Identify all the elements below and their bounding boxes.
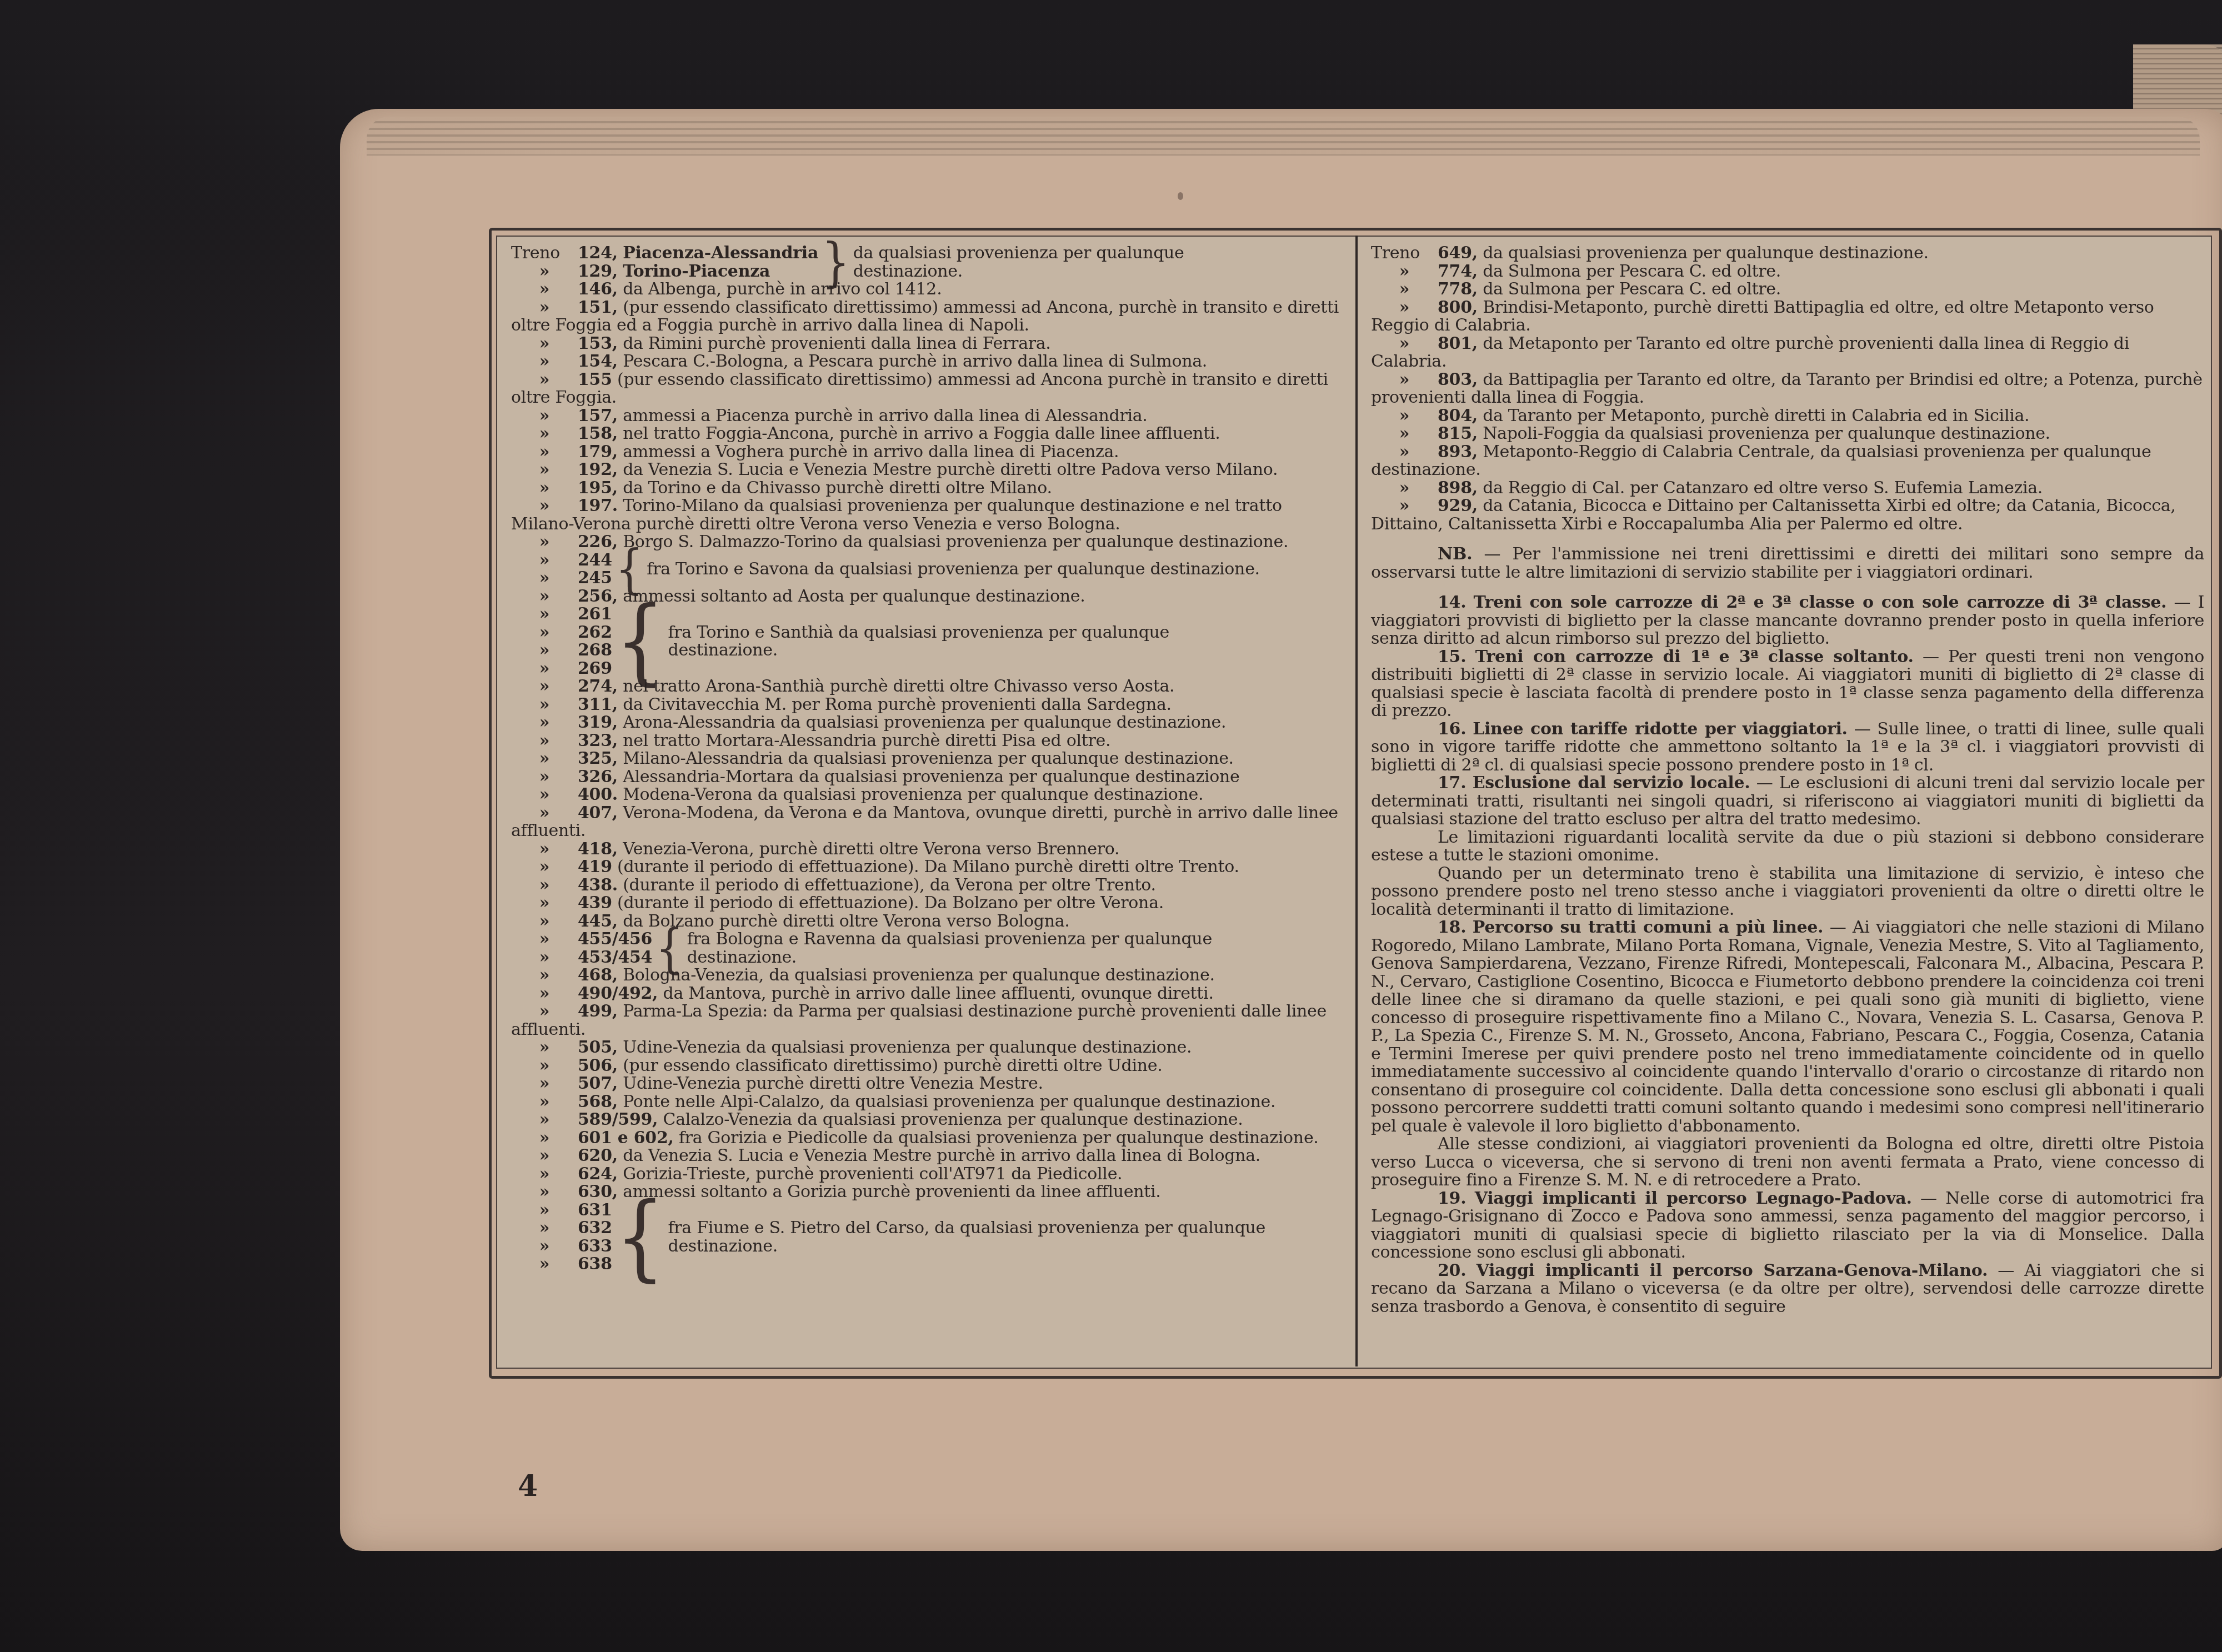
entry-text: fra Bologna e Ravenna da qualsiasi prove… [687, 930, 1298, 967]
train-number: 158, [578, 424, 618, 443]
train-entry: »319, Arona-Alessandria da qualsiasi pro… [511, 714, 1344, 732]
train-number: 800, [1438, 298, 1478, 317]
ditto-mark: » [511, 353, 578, 371]
entry-text: da qualsiasi provenienza per qualunque d… [1483, 243, 1929, 263]
ditto-mark: » [511, 425, 578, 443]
entry-text: (pur essendo classificato direttissimo) … [511, 298, 1339, 336]
entry-text: da Mantova, purchè in arrivo dalle linee… [663, 984, 1214, 1003]
train-entry: Treno649, da qualsiasi provenienza per q… [1371, 244, 2204, 263]
train-number: 505, [578, 1038, 618, 1057]
train-number: 146, [578, 279, 618, 299]
brace: { [615, 622, 665, 662]
entry-text: (durante il periodo di effettuazione). D… [617, 893, 1164, 913]
ditto-mark: » [511, 1183, 578, 1202]
train-number: 893, [1438, 442, 1478, 462]
ditto-mark: » [511, 624, 578, 642]
train-number: 630, [578, 1182, 618, 1202]
ditto-mark: » [1371, 425, 1438, 443]
ditto-mark: » [511, 804, 578, 823]
train-entry: »418, Venezia-Verona, purchè diretti olt… [511, 840, 1344, 859]
ditto-mark: » [1371, 335, 1438, 353]
ditto-mark: » [511, 371, 578, 389]
entry-text: Gorizia-Trieste, purchè provenienti coll… [623, 1164, 1122, 1184]
entry-text: fra Fiume e S. Pietro del Carso, da qual… [668, 1219, 1279, 1255]
train-number: 124, [578, 243, 618, 263]
train-entry: »815, Napoli-Foggia da qualsiasi proveni… [1371, 425, 2204, 443]
train-number: 151, [578, 298, 618, 317]
train-number: 419 [578, 857, 612, 877]
ditto-mark: » [511, 930, 578, 949]
column-divider [1355, 236, 1358, 1366]
entry-text: ammessi a Piacenza purchè in arrivo dall… [623, 406, 1148, 425]
train-entry: »400. Modena-Verona da qualsiasi proveni… [511, 786, 1344, 804]
train-number: 506, [578, 1056, 618, 1075]
section-17: 17. Esclusione dal servizio locale. — Le… [1371, 774, 2204, 829]
ditto-mark: » [1371, 281, 1438, 299]
section-16: 16. Linee con tariffe ridotte per viaggi… [1371, 720, 2204, 775]
train-number: 620, [578, 1146, 618, 1165]
train-entry: »468, Bologna-Venezia, da qualsiasi prov… [511, 967, 1344, 985]
train-entry: »192, da Venezia S. Lucia e Venezia Mest… [511, 461, 1344, 479]
train-number: 418, [578, 839, 618, 859]
treno-label: Treno [1371, 244, 1438, 263]
entry-text: Calalzo-Venezia da qualsiasi provenienza… [663, 1110, 1243, 1129]
section-title: Treni con carrozze di 1ª e 3ª classe sol… [1475, 647, 1914, 667]
entry-text: da Rimini purchè provenienti dalla linea… [623, 334, 1050, 353]
section-number: 15. [1438, 647, 1466, 667]
train-number: 468, [578, 965, 618, 985]
entry-text: da Reggio di Cal. per Catanzaro ed oltre… [1483, 478, 2043, 498]
ditto-mark: » [511, 894, 578, 913]
train-number: 929, [1438, 496, 1478, 515]
entry-text: ammessi soltanto ad Aosta per qualunque … [623, 587, 1085, 606]
page-number: 4 [518, 1469, 538, 1503]
entry-text: da Civitavecchia M. per Roma purchè prov… [623, 695, 1172, 714]
section-18: 18. Percorso su tratti comuni a più line… [1371, 919, 2204, 1135]
ditto-mark: » [511, 967, 578, 985]
ditto-mark: » [511, 1057, 578, 1075]
train-number: 624, [578, 1164, 618, 1184]
entry-text: Napoli-Foggia da qualsiasi provenienza p… [1483, 424, 2050, 443]
train-entry: »445, da Bolzano purchè diretti oltre Ve… [511, 913, 1344, 931]
entry-text: ammessi a Voghera purchè in arrivo dalla… [623, 442, 1119, 462]
train-entry: »589/599, Calalzo-Venezia da qualsiasi p… [511, 1111, 1344, 1129]
train-number: 632 [578, 1218, 612, 1238]
entry-text: da qualsiasi provenienza per qualunque d… [853, 244, 1209, 281]
nb-label: NB. [1438, 544, 1472, 564]
page-top-edge [367, 117, 2200, 156]
entry-text: da Catania, Bicocca e Dittaino per Calta… [1371, 496, 2175, 534]
train-number: 633 [578, 1237, 612, 1256]
train-entry: »624, Gorizia-Trieste, purchè provenient… [511, 1165, 1344, 1184]
train-number: 197. [578, 496, 618, 515]
train-number: 326, [578, 767, 618, 787]
ditto-mark: » [511, 299, 578, 317]
train-entry: »803, da Battipaglia per Taranto ed oltr… [1371, 371, 2204, 407]
train-number: 319, [578, 713, 618, 732]
ditto-mark: » [511, 605, 578, 624]
train-number: 262 [578, 623, 612, 642]
ditto-mark: » [511, 913, 578, 931]
ditto-mark: » [511, 858, 578, 877]
train-number: 649, [1438, 243, 1478, 263]
train-entry: »778, da Sulmona per Pescara C. ed oltre… [1371, 281, 2204, 299]
train-entry: »407, Verona-Modena, da Verona e da Mant… [511, 804, 1344, 840]
entry-text: Metaponto-Reggio di Calabria Centrale, d… [1371, 442, 2151, 480]
train-entry: »311, da Civitavecchia M. per Roma purch… [511, 696, 1344, 714]
train-number: 638 [578, 1254, 612, 1274]
ditto-mark: » [511, 714, 578, 732]
ditto-mark: » [511, 696, 578, 714]
train-entry: »929, da Catania, Bicocca e Dittaino per… [1371, 497, 2204, 533]
section-title: Percorso su tratti comuni a più linee. [1473, 918, 1823, 937]
right-column: Treno649, da qualsiasi provenienza per q… [1371, 244, 2204, 1316]
train-number: 439 [578, 893, 612, 913]
entry-text: (pur essendo classificato direttissimo) … [511, 370, 1328, 408]
train-entry: »490/492, da Mantova, purchè in arrivo d… [511, 985, 1344, 1003]
train-number: 192, [578, 460, 618, 479]
ditto-mark: » [511, 335, 578, 353]
train-entry: »195, da Torino e da Chivasso purchè dir… [511, 479, 1344, 498]
train-number: 155 [578, 370, 612, 389]
ditto-mark: » [511, 768, 578, 787]
train-number: 245 [578, 568, 612, 588]
ditto-mark: » [1371, 443, 1438, 462]
entry-text: Pescara C.-Bologna, a Pescara purchè in … [623, 352, 1207, 371]
ditto-mark: » [511, 1039, 578, 1057]
train-entry: »505, Udine-Venezia da qualsiasi proveni… [511, 1039, 1344, 1057]
train-number: 499, [578, 1002, 618, 1021]
train-number: 490/492, [578, 984, 658, 1003]
train-number: 256, [578, 587, 618, 606]
entry-text: (durante il periodo di effettuazione). D… [617, 857, 1239, 877]
section-number: 18. [1438, 918, 1466, 937]
ditto-mark: » [511, 949, 578, 967]
train-number: 455/456 [578, 929, 652, 949]
section-body: — Ai viaggiatori che nelle stazioni di M… [1371, 918, 2204, 1136]
train-entry-group: »261 »262 »268 »269 { fra Torino e Santh… [511, 605, 1344, 678]
train-entry: »197. Torino-Milano da qualsiasi proveni… [511, 497, 1344, 533]
section-18-paragraph: Alle stesse condizioni, ai viaggiatori p… [1371, 1135, 2204, 1190]
train-entry: »800, Brindisi-Metaponto, purchè diretti… [1371, 299, 2204, 335]
train-entry: »419 (durante il periodo di effettuazion… [511, 858, 1344, 877]
section-title: Esclusione dal servizio locale. [1473, 773, 1750, 793]
left-column: Treno124, Piacenza-Alessandria »129, Tor… [511, 244, 1344, 1274]
ditto-mark: » [511, 678, 578, 696]
ditto-mark: » [511, 1202, 578, 1220]
section-number: 16. [1438, 719, 1466, 739]
section-number: 20. [1438, 1261, 1466, 1280]
entry-text: Borgo S. Dalmazzo-Torino da qualsiasi pr… [623, 532, 1288, 552]
entry-text: Udine-Venezia purchè diretti oltre Venez… [623, 1074, 1043, 1093]
train-number: 274, [578, 677, 618, 696]
route-name: Piacenza-Alessandria [623, 243, 818, 263]
train-number: 400. [578, 785, 618, 804]
ditto-mark: » [511, 461, 578, 479]
entry-text: da Metaponto per Taranto ed oltre purchè… [1371, 334, 2129, 372]
ditto-mark: » [1371, 371, 1438, 389]
section-title: Treni con sole carrozze di 2ª e 3ª class… [1474, 593, 2167, 612]
ditto-mark: » [511, 1129, 578, 1148]
train-entry: »601 e 602, fra Gorizia e Piedicolle da … [511, 1129, 1344, 1148]
entry-text: nel tratto Foggia-Ancona, purchè in arri… [623, 424, 1220, 443]
train-entry: »154, Pescara C.-Bologna, a Pescara purc… [511, 353, 1344, 371]
nb-note: NB. — Per l'ammissione nei treni diretti… [1371, 545, 2204, 582]
ditto-mark: » [1371, 299, 1438, 317]
train-entry: »151, (pur essendo classificato direttis… [511, 299, 1344, 335]
train-number: 157, [578, 406, 618, 425]
train-entry: »325, Milano-Alessandria da qualsiasi pr… [511, 750, 1344, 768]
ditto-mark: » [511, 786, 578, 804]
ditto-mark: » [511, 1075, 578, 1093]
ditto-mark: » [511, 552, 578, 570]
ditto-mark: » [511, 1147, 578, 1165]
entry-text: nel tratto Arona-Santhià purchè diretti … [623, 677, 1174, 696]
entry-text: da Torino e da Chivasso purchè diretti o… [623, 478, 1052, 498]
train-number: 244 [578, 550, 612, 570]
ditto-mark: » [511, 985, 578, 1003]
ditto-mark: » [511, 660, 578, 678]
train-entry: »155 (pur essendo classificato direttiss… [511, 371, 1344, 407]
train-number: 589/599, [578, 1110, 658, 1129]
train-number: 438. [578, 875, 618, 895]
entry-text: Bologna-Venezia, da qualsiasi provenienz… [623, 965, 1215, 985]
ditto-mark: » [511, 533, 578, 552]
treno-label: Treno [511, 244, 578, 263]
train-entry: »568, Ponte nelle Alpi-Calalzo, da quals… [511, 1093, 1344, 1112]
train-entry: »620, da Venezia S. Lucia e Venezia Mest… [511, 1147, 1344, 1165]
ditto-mark: » [511, 750, 578, 768]
ditto-mark: » [511, 1165, 578, 1184]
section-number: 19. [1438, 1189, 1466, 1208]
ditto-mark: » [511, 1238, 578, 1256]
entry-text: da Sulmona per Pescara C. ed oltre. [1483, 262, 1781, 281]
ditto-mark: » [511, 443, 578, 462]
train-number: 153, [578, 334, 618, 353]
entry-text: Torino-Milano da qualsiasi provenienza p… [511, 496, 1282, 534]
entry-text: nel tratto Mortara-Alessandria purchè di… [623, 731, 1110, 750]
ditto-mark: » [1371, 407, 1438, 425]
train-number: 778, [1438, 279, 1478, 299]
entry-text: Brindisi-Metaponto, purchè diretti Batti… [1371, 298, 2154, 336]
nb-text: — Per l'ammissione nei treni direttissim… [1371, 544, 2204, 582]
train-number: 803, [1438, 370, 1478, 389]
entry-text: da Bolzano purchè diretti oltre Verona v… [623, 912, 1069, 931]
train-entry: »157, ammessi a Piacenza purchè in arriv… [511, 407, 1344, 425]
train-number: 195, [578, 478, 618, 498]
section-number: 14. [1438, 593, 1466, 612]
section-14: 14. Treni con sole carrozze di 2ª e 3ª c… [1371, 594, 2204, 648]
train-number: 154, [578, 352, 618, 371]
entry-text: Verona-Modena, da Verona e da Mantova, o… [511, 803, 1338, 841]
ditto-mark: » [511, 497, 578, 515]
train-number: 804, [1438, 406, 1478, 425]
train-number: 568, [578, 1092, 618, 1112]
train-entry: »804, da Taranto per Metaponto, purchè d… [1371, 407, 2204, 425]
train-entry: »274, nel tratto Arona-Santhià purchè di… [511, 678, 1344, 696]
train-number: 774, [1438, 262, 1478, 281]
train-entry: »898, da Reggio di Cal. per Catanzaro ed… [1371, 479, 2204, 498]
route-name: Torino-Piacenza [623, 262, 770, 281]
entry-text: Venezia-Verona, purchè diretti oltre Ver… [623, 839, 1119, 859]
train-number: 179, [578, 442, 618, 462]
entry-text: ammessi soltanto a Gorizia purchè proven… [623, 1182, 1160, 1202]
train-entry: »774, da Sulmona per Pescara C. ed oltre… [1371, 263, 2204, 281]
train-number: 226, [578, 532, 618, 552]
entry-text: da Venezia S. Lucia e Venezia Mestre pur… [623, 1146, 1260, 1165]
train-number: 269 [578, 659, 612, 678]
brace: { [615, 549, 644, 589]
entry-text: da Albenga, purchè in arrivo col 1412. [623, 279, 942, 299]
train-number: 815, [1438, 424, 1478, 443]
entry-text: Arona-Alessandria da qualsiasi provenien… [623, 713, 1226, 732]
ditto-mark: » [511, 732, 578, 750]
train-number: 445, [578, 912, 618, 931]
train-entry: »507, Udine-Venezia purchè diretti oltre… [511, 1075, 1344, 1093]
train-number: 631 [578, 1200, 612, 1220]
entry-text: da Venezia S. Lucia e Venezia Mestre pur… [623, 460, 1278, 479]
entry-text: da Taranto per Metaponto, purchè diretti… [1483, 406, 2029, 425]
train-entry-group: »631 »632 »633 »638 { fra Fiume e S. Pie… [511, 1202, 1344, 1274]
brace: { [655, 929, 684, 969]
train-number: 323, [578, 731, 618, 750]
entry-text: da Battipaglia per Taranto ed oltre, da … [1371, 370, 2203, 408]
ink-spot [1178, 192, 1183, 200]
train-number: 507, [578, 1074, 618, 1093]
entry-text: Modena-Verona da qualsiasi provenienza p… [623, 785, 1203, 804]
train-entry: »499, Parma-La Spezia: da Parma per qual… [511, 1003, 1344, 1039]
ditto-mark: » [1371, 497, 1438, 515]
ditto-mark: » [1371, 263, 1438, 281]
ditto-mark: » [511, 1255, 578, 1274]
entry-text: (durante il periodo di effettuazione), d… [623, 875, 1156, 895]
ditto-mark: » [511, 263, 578, 281]
section-title: Viaggi implicanti il percorso Legnago-Pa… [1475, 1189, 1912, 1208]
train-entry: »439 (durante il periodo di effettuazion… [511, 894, 1344, 913]
train-number: 453/454 [578, 948, 652, 967]
ditto-mark: » [511, 588, 578, 606]
entry-text: Milano-Alessandria da qualsiasi provenie… [623, 749, 1234, 768]
train-number: 801, [1438, 334, 1478, 353]
train-entry: »506, (pur essendo classificato direttis… [511, 1057, 1344, 1075]
train-entry: »153, da Rimini purchè provenienti dalla… [511, 335, 1344, 353]
train-number: 325, [578, 749, 618, 768]
ditto-mark: » [511, 1219, 578, 1238]
section-17-paragraph: Quando per un determinato treno è stabil… [1371, 865, 2204, 919]
train-entry-group: »244 »245 { fra Torino e Savona da quals… [511, 552, 1344, 588]
train-number: 601 e 602, [578, 1128, 674, 1148]
train-number: 129, [578, 262, 618, 281]
ditto-mark: » [511, 642, 578, 660]
train-entry: »179, ammessi a Voghera purchè in arrivo… [511, 443, 1344, 462]
section-20: 20. Viaggi implicanti il percorso Sarzan… [1371, 1262, 2204, 1316]
section-number: 17. [1438, 773, 1466, 793]
ditto-mark: » [511, 479, 578, 498]
train-entry: »893, Metaponto-Reggio di Calabria Centr… [1371, 443, 2204, 479]
train-entry-group: Treno124, Piacenza-Alessandria »129, Tor… [511, 244, 1344, 281]
train-number: 268 [578, 640, 612, 660]
train-number: 261 [578, 604, 612, 624]
ditto-mark: » [511, 877, 578, 895]
train-entry: »146, da Albenga, purchè in arrivo col 1… [511, 281, 1344, 299]
entry-text: Udine-Venezia da qualsiasi provenienza p… [623, 1038, 1192, 1057]
train-entry-group: »455/456 »453/454 { fra Bologna e Ravenn… [511, 930, 1344, 967]
train-entry: »801, da Metaponto per Taranto ed oltre … [1371, 335, 2204, 371]
section-19: 19. Viaggi implicanti il percorso Legnag… [1371, 1190, 2204, 1262]
train-number: 311, [578, 695, 618, 714]
entry-text: fra Torino e Santhià da qualsiasi proven… [668, 624, 1279, 660]
ditto-mark: » [1371, 479, 1438, 498]
train-entry: »326, Alessandria-Mortara da qualsiasi p… [511, 768, 1344, 787]
entry-text: fra Torino e Savona da qualsiasi proveni… [647, 560, 1260, 579]
section-title: Linee con tariffe ridotte per viaggiator… [1473, 719, 1847, 739]
entry-text: da Sulmona per Pescara C. ed oltre. [1483, 279, 1781, 299]
entry-text: fra Gorizia e Piedicolle da qualsiasi pr… [679, 1128, 1319, 1148]
section-title: Viaggi implicanti il percorso Sarzana-Ge… [1477, 1261, 1988, 1280]
section-15: 15. Treni con carrozze di 1ª e 3ª classe… [1371, 648, 2204, 720]
ditto-mark: » [511, 1111, 578, 1129]
ditto-mark: » [511, 840, 578, 859]
entry-text: Parma-La Spezia: da Parma per qualsiasi … [511, 1002, 1327, 1039]
brace: { [615, 1218, 665, 1258]
ditto-mark: » [511, 1003, 578, 1021]
train-entry: »158, nel tratto Foggia-Ancona, purchè i… [511, 425, 1344, 443]
entry-text: Alessandria-Mortara da qualsiasi proveni… [623, 767, 1239, 787]
train-entry: »438. (durante il periodo di effettuazio… [511, 877, 1344, 895]
train-entry: »323, nel tratto Mortara-Alessandria pur… [511, 732, 1344, 750]
brace: } [822, 243, 850, 283]
ditto-mark: » [511, 1093, 578, 1112]
entry-text: Ponte nelle Alpi-Calalzo, da qualsiasi p… [623, 1092, 1275, 1112]
ditto-mark: » [511, 281, 578, 299]
ditto-mark: » [511, 569, 578, 588]
ditto-mark: » [511, 407, 578, 425]
entry-text: (pur essendo classificato direttissimo) … [623, 1056, 1162, 1075]
train-number: 898, [1438, 478, 1478, 498]
train-number: 407, [578, 803, 618, 823]
section-17-paragraph: Le limitazioni riguardanti località serv… [1371, 829, 2204, 865]
